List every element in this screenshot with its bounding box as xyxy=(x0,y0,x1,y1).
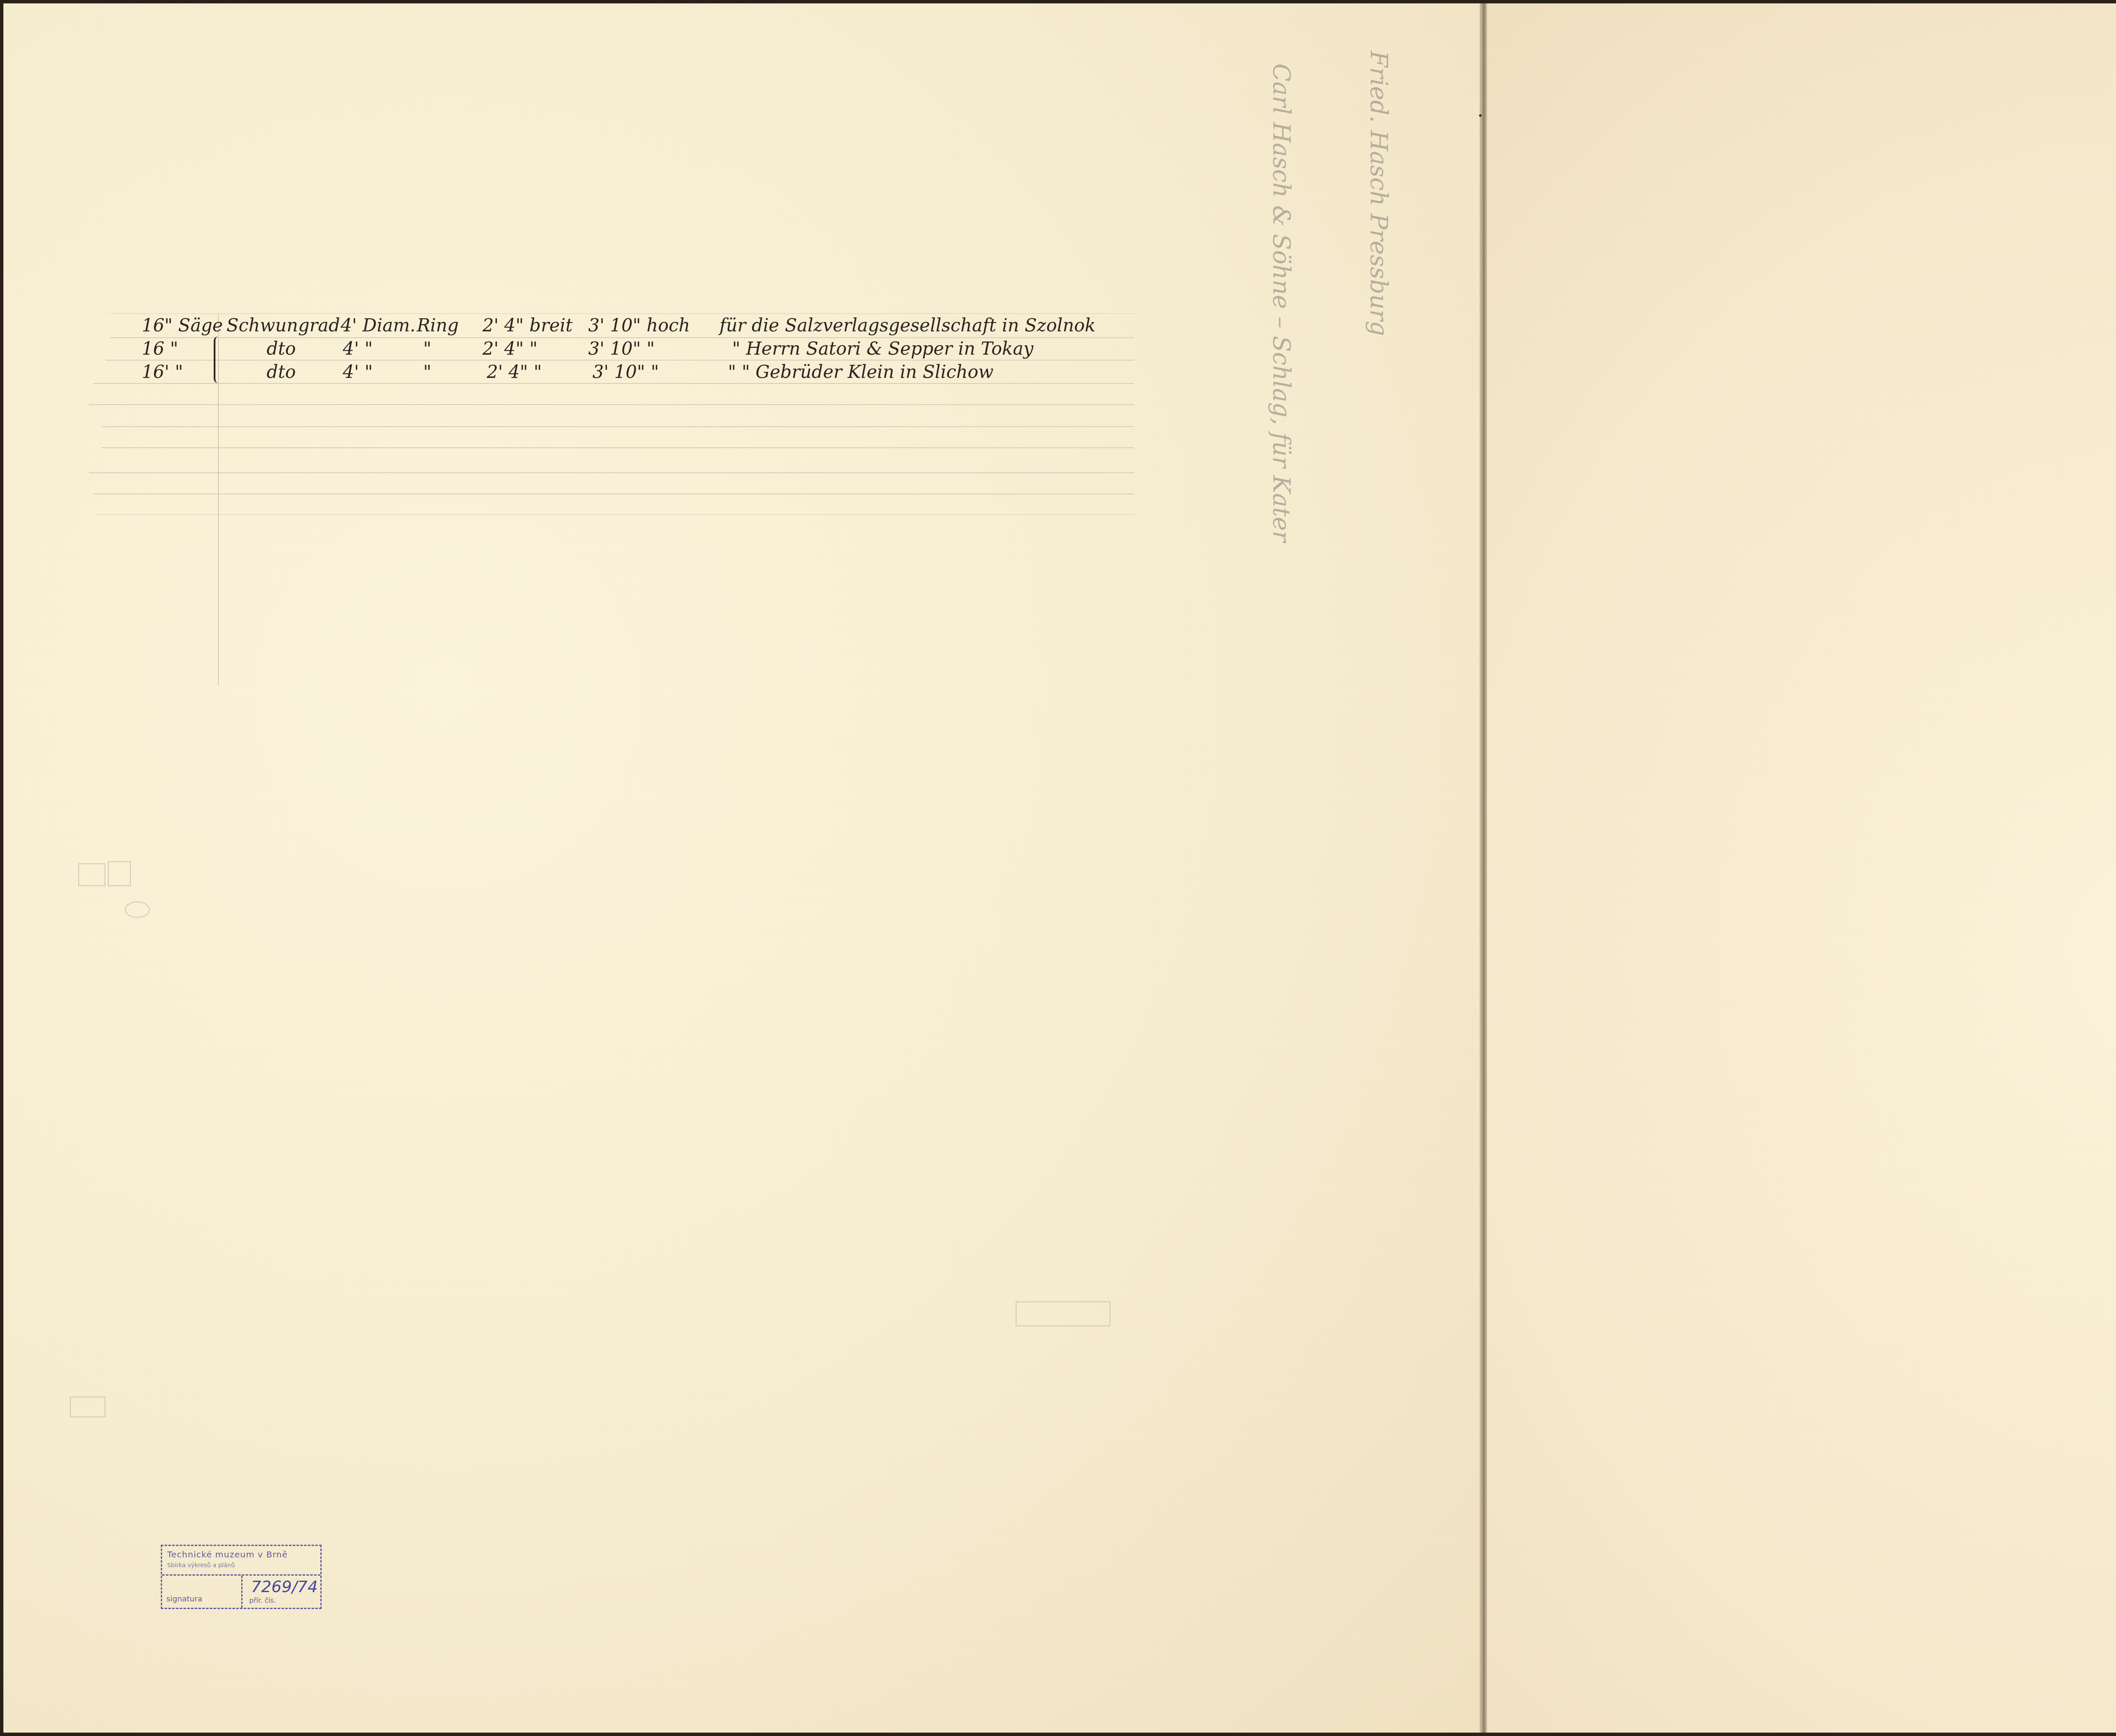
pencil-sketch xyxy=(125,901,150,918)
cell-height: 3' 10" " xyxy=(592,363,659,381)
cell-item: Schwungrad xyxy=(226,317,340,334)
cell-recipient: " Herrn Satori & Sepper in Tokay xyxy=(732,340,1033,358)
center-fold xyxy=(1480,0,1487,1736)
cell-item: dto xyxy=(267,340,296,358)
cell-height: 3' 10" hoch xyxy=(588,317,690,334)
cell-part: " xyxy=(423,340,431,358)
cell-recipient: für die Salzverlagsgesellschaft in Szoln… xyxy=(719,317,1096,334)
cell-diameter: 4' " xyxy=(343,340,373,358)
grouping-bracket xyxy=(214,336,224,383)
cell-height: 3' 10" " xyxy=(588,340,655,358)
cell-width: 2' 4" " xyxy=(482,340,537,358)
cell-part: Ring xyxy=(417,317,459,334)
ruled-line xyxy=(110,313,1134,314)
ruled-line xyxy=(97,514,1134,515)
left-page xyxy=(3,3,1480,1733)
ruled-line xyxy=(93,493,1134,494)
ruled-line xyxy=(89,472,1134,473)
cell-width: 2' 4" " xyxy=(487,363,542,381)
cell-item: dto xyxy=(267,363,296,381)
cell-size: 16 " xyxy=(142,340,178,358)
stamp-accession-number: 7269/74 xyxy=(251,1577,318,1596)
stamp-institution: Technické muzeum v Brně xyxy=(167,1549,315,1560)
cell-recipient: " " Gebrüder Klein in Slichow xyxy=(728,363,994,381)
pencil-sketch xyxy=(1016,1301,1110,1326)
stamp-collection: Sbírka výkresů a plánů xyxy=(167,1562,315,1569)
cell-width: 2' 4" breit xyxy=(482,317,573,334)
ruled-line xyxy=(102,426,1134,427)
pencil-note: Fried. Hasch Pressburg xyxy=(1365,51,1392,336)
cell-part: " xyxy=(423,363,431,381)
pencil-note: Carl Hasch & Söhne – Schlag, für Kater xyxy=(1267,63,1295,542)
archive-stamp: Technické muzeum v Brně Sbírka výkresů a… xyxy=(161,1545,322,1609)
right-page xyxy=(1486,3,2116,1733)
stamp-signature-label: signatura xyxy=(162,1576,242,1608)
cell-diameter: 4' " xyxy=(343,363,373,381)
cell-size: 16' " xyxy=(142,363,183,381)
stamp-accession-label: přír. čís. xyxy=(249,1596,276,1604)
cell-size: 16" Säge xyxy=(142,317,223,334)
pencil-sketch xyxy=(70,1397,105,1417)
pencil-sketch xyxy=(108,861,131,886)
cell-diameter: 4' Diam. xyxy=(341,317,416,334)
ruled-line xyxy=(89,404,1134,405)
pencil-sketch xyxy=(78,863,105,886)
ruled-line xyxy=(102,447,1134,448)
ruled-line xyxy=(93,383,1134,384)
speck xyxy=(1479,114,1482,117)
ruled-line xyxy=(106,360,1134,361)
